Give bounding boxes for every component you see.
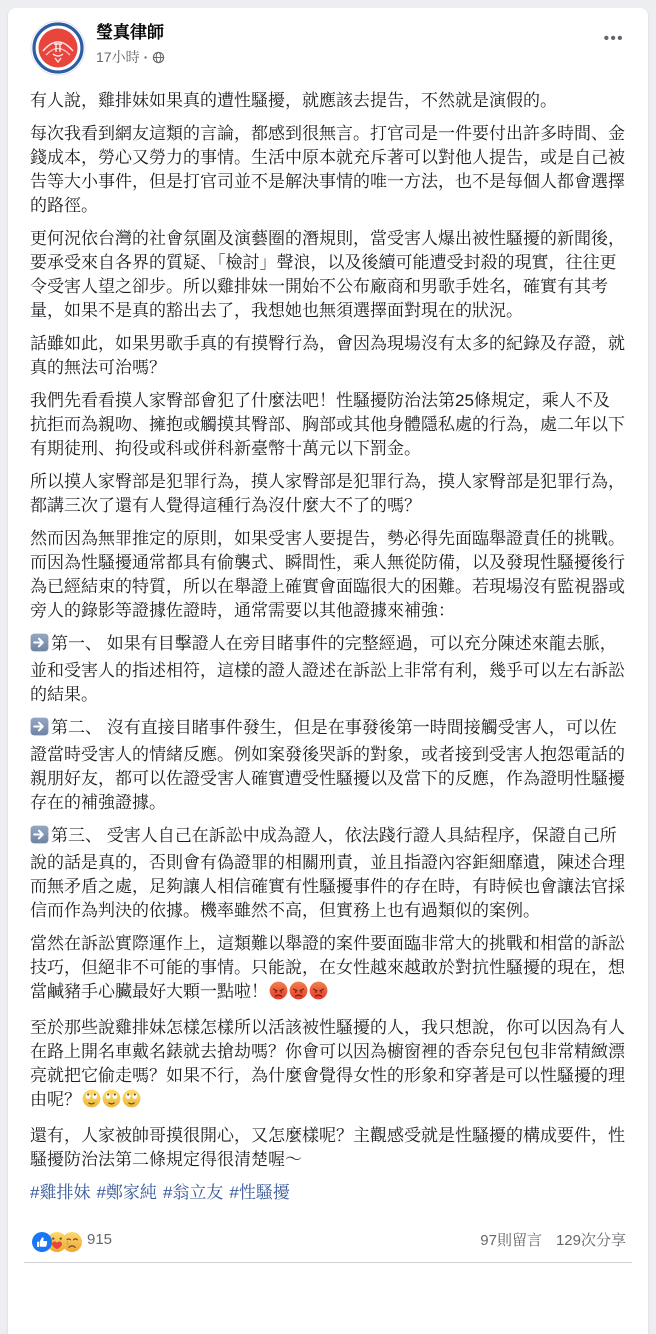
page-name-link[interactable]: 瑩真律師 — [96, 22, 164, 44]
post-timestamp[interactable]: 17小時 — [96, 47, 140, 67]
facebook-post-card: 瑩真律師 17小時 · ••• 有人說，雞排妹如果真的遭性騷擾，就應該去提告，不… — [8, 8, 648, 1334]
post-paragraph: 每次我看到網友這類的言論，都感到很無言。打官司是一件要付出許多時間、金錢成本，勞… — [30, 122, 626, 218]
post-paragraph: 所以摸人家臀部是犯罪行為，摸人家臀部是犯罪行為，摸人家臀部是犯罪行為，都講三次了… — [30, 470, 626, 518]
post-paragraph: 我們先看看摸人家臀部會犯了什麼法吧！性騷擾防治法第25條規定，乘人不及抗拒而為親… — [30, 389, 626, 461]
right-arrow-emoji — [30, 717, 49, 743]
hashtag-link[interactable]: #鄭家純 — [96, 1183, 156, 1202]
angry-face-emoji — [269, 981, 288, 1007]
reaction-summary[interactable]: 915 — [30, 1230, 112, 1250]
rolling-eyes-face-emoji — [122, 1089, 141, 1115]
page-avatar[interactable] — [30, 20, 86, 76]
rolling-eyes-face-emoji — [82, 1089, 101, 1115]
post-paragraph: 當然在訴訟實際運作上，這類難以舉證的案件要面臨非常大的挑戰和相當的訴訟技巧，但絕… — [30, 932, 626, 1007]
post-header: 瑩真律師 17小時 · ••• — [8, 8, 648, 76]
meta-separator: · — [144, 49, 149, 65]
reaction-count[interactable]: 915 — [87, 1231, 112, 1248]
post-body: 有人說，雞排妹如果真的遭性騷擾，就應該去提告，不然就是演假的。每次我看到網友這類… — [8, 89, 648, 1172]
post-paragraph: 還有，人家被帥哥摸很開心，又怎麼樣呢？主觀感受就是性騷擾的構成要件，性騷擾防治法… — [30, 1124, 626, 1172]
post-footer: 915 97則留言 129次分享 — [8, 1205, 648, 1262]
post-paragraph: 第三、 受害人自己在訴訟中成為證人，依法踐行證人具結程序，保證自己所說的話是真的… — [30, 824, 626, 923]
right-arrow-emoji — [30, 825, 49, 851]
share-count[interactable]: 129次分享 — [556, 1229, 626, 1250]
rolling-eyes-face-emoji — [102, 1089, 121, 1115]
angry-face-emoji — [289, 981, 308, 1007]
like-reaction-icon — [30, 1230, 50, 1250]
post-paragraph: 有人說，雞排妹如果真的遭性騷擾，就應該去提告，不然就是演假的。 — [30, 89, 626, 113]
angry-face-emoji — [309, 981, 328, 1007]
hashtag-row: #雞排妹#鄭家純#翁立友#性騷擾 — [8, 1181, 648, 1205]
post-meta: 17小時 · — [96, 47, 598, 67]
post-paragraph: 第二、 沒有直接目睹事件發生，但是在事發後第一時間接觸受害人，可以佐證當時受害人… — [30, 716, 626, 815]
post-counts: 97則留言 129次分享 — [480, 1229, 626, 1250]
header-text: 瑩真律師 17小時 · — [96, 20, 598, 67]
right-arrow-emoji — [30, 633, 49, 659]
post-paragraph: 至於那些說雞排妹怎樣怎樣所以活該被性騷擾的人，我只想說，你可以因為有人在路上開名… — [30, 1016, 626, 1115]
hashtag-link[interactable]: #翁立友 — [163, 1183, 223, 1202]
hashtag-link[interactable]: #雞排妹 — [30, 1183, 90, 1202]
reaction-icons — [30, 1230, 80, 1250]
post-paragraph: 第一、 如果有目擊證人在旁目睹事件的完整經過，可以充分陳述來龍去脈，並和受害人的… — [30, 632, 626, 707]
avatar-seal-logo — [30, 20, 86, 76]
facebook-feed-page: 瑩真律師 17小時 · ••• 有人說，雞排妹如果真的遭性騷擾，就應該去提告，不… — [0, 0, 656, 1334]
comment-count[interactable]: 97則留言 — [480, 1229, 542, 1250]
globe-privacy-icon — [152, 51, 165, 64]
more-options-button[interactable]: ••• — [598, 20, 630, 58]
post-paragraph: 更何況依台灣的社會氛圍及演藝圈的潛規則，當受害人爆出被性騷擾的新聞後，要承受來自… — [30, 227, 626, 323]
post-paragraph: 話雖如此，如果男歌手真的有摸臀行為，會因為現場沒有太多的紀錄及存證，就真的無法可… — [30, 332, 626, 380]
post-paragraph: 然而因為無罪推定的原則，如果受害人要提告，勢必得先面臨舉證責任的挑戰。而因為性騷… — [30, 527, 626, 623]
hashtag-link[interactable]: #性騷擾 — [229, 1183, 289, 1202]
footer-divider — [24, 1262, 632, 1263]
